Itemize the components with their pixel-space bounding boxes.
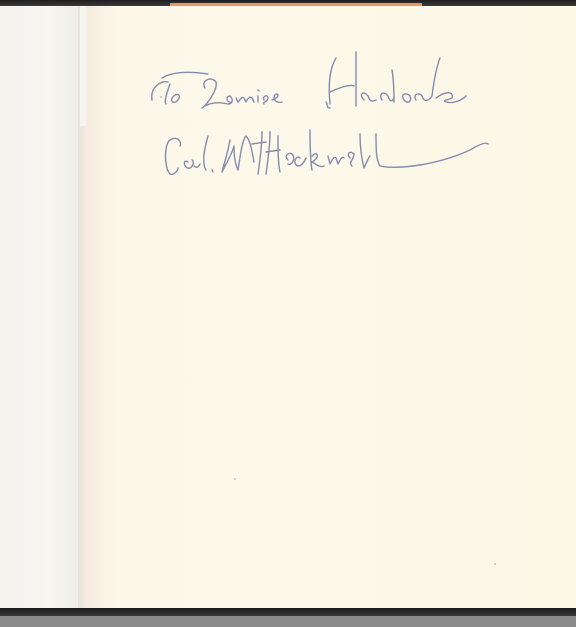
paper-speck — [494, 563, 496, 565]
book-cover-bottom-edge — [0, 608, 576, 616]
paper-speck — [160, 96, 162, 98]
handwriting-strokes — [150, 40, 540, 190]
paper-speck — [234, 478, 236, 480]
handwritten-inscription: To Louise Haddock Col. W H Hockwell — [150, 40, 540, 190]
scanner-background — [0, 616, 576, 627]
left-endpaper — [0, 6, 80, 610]
